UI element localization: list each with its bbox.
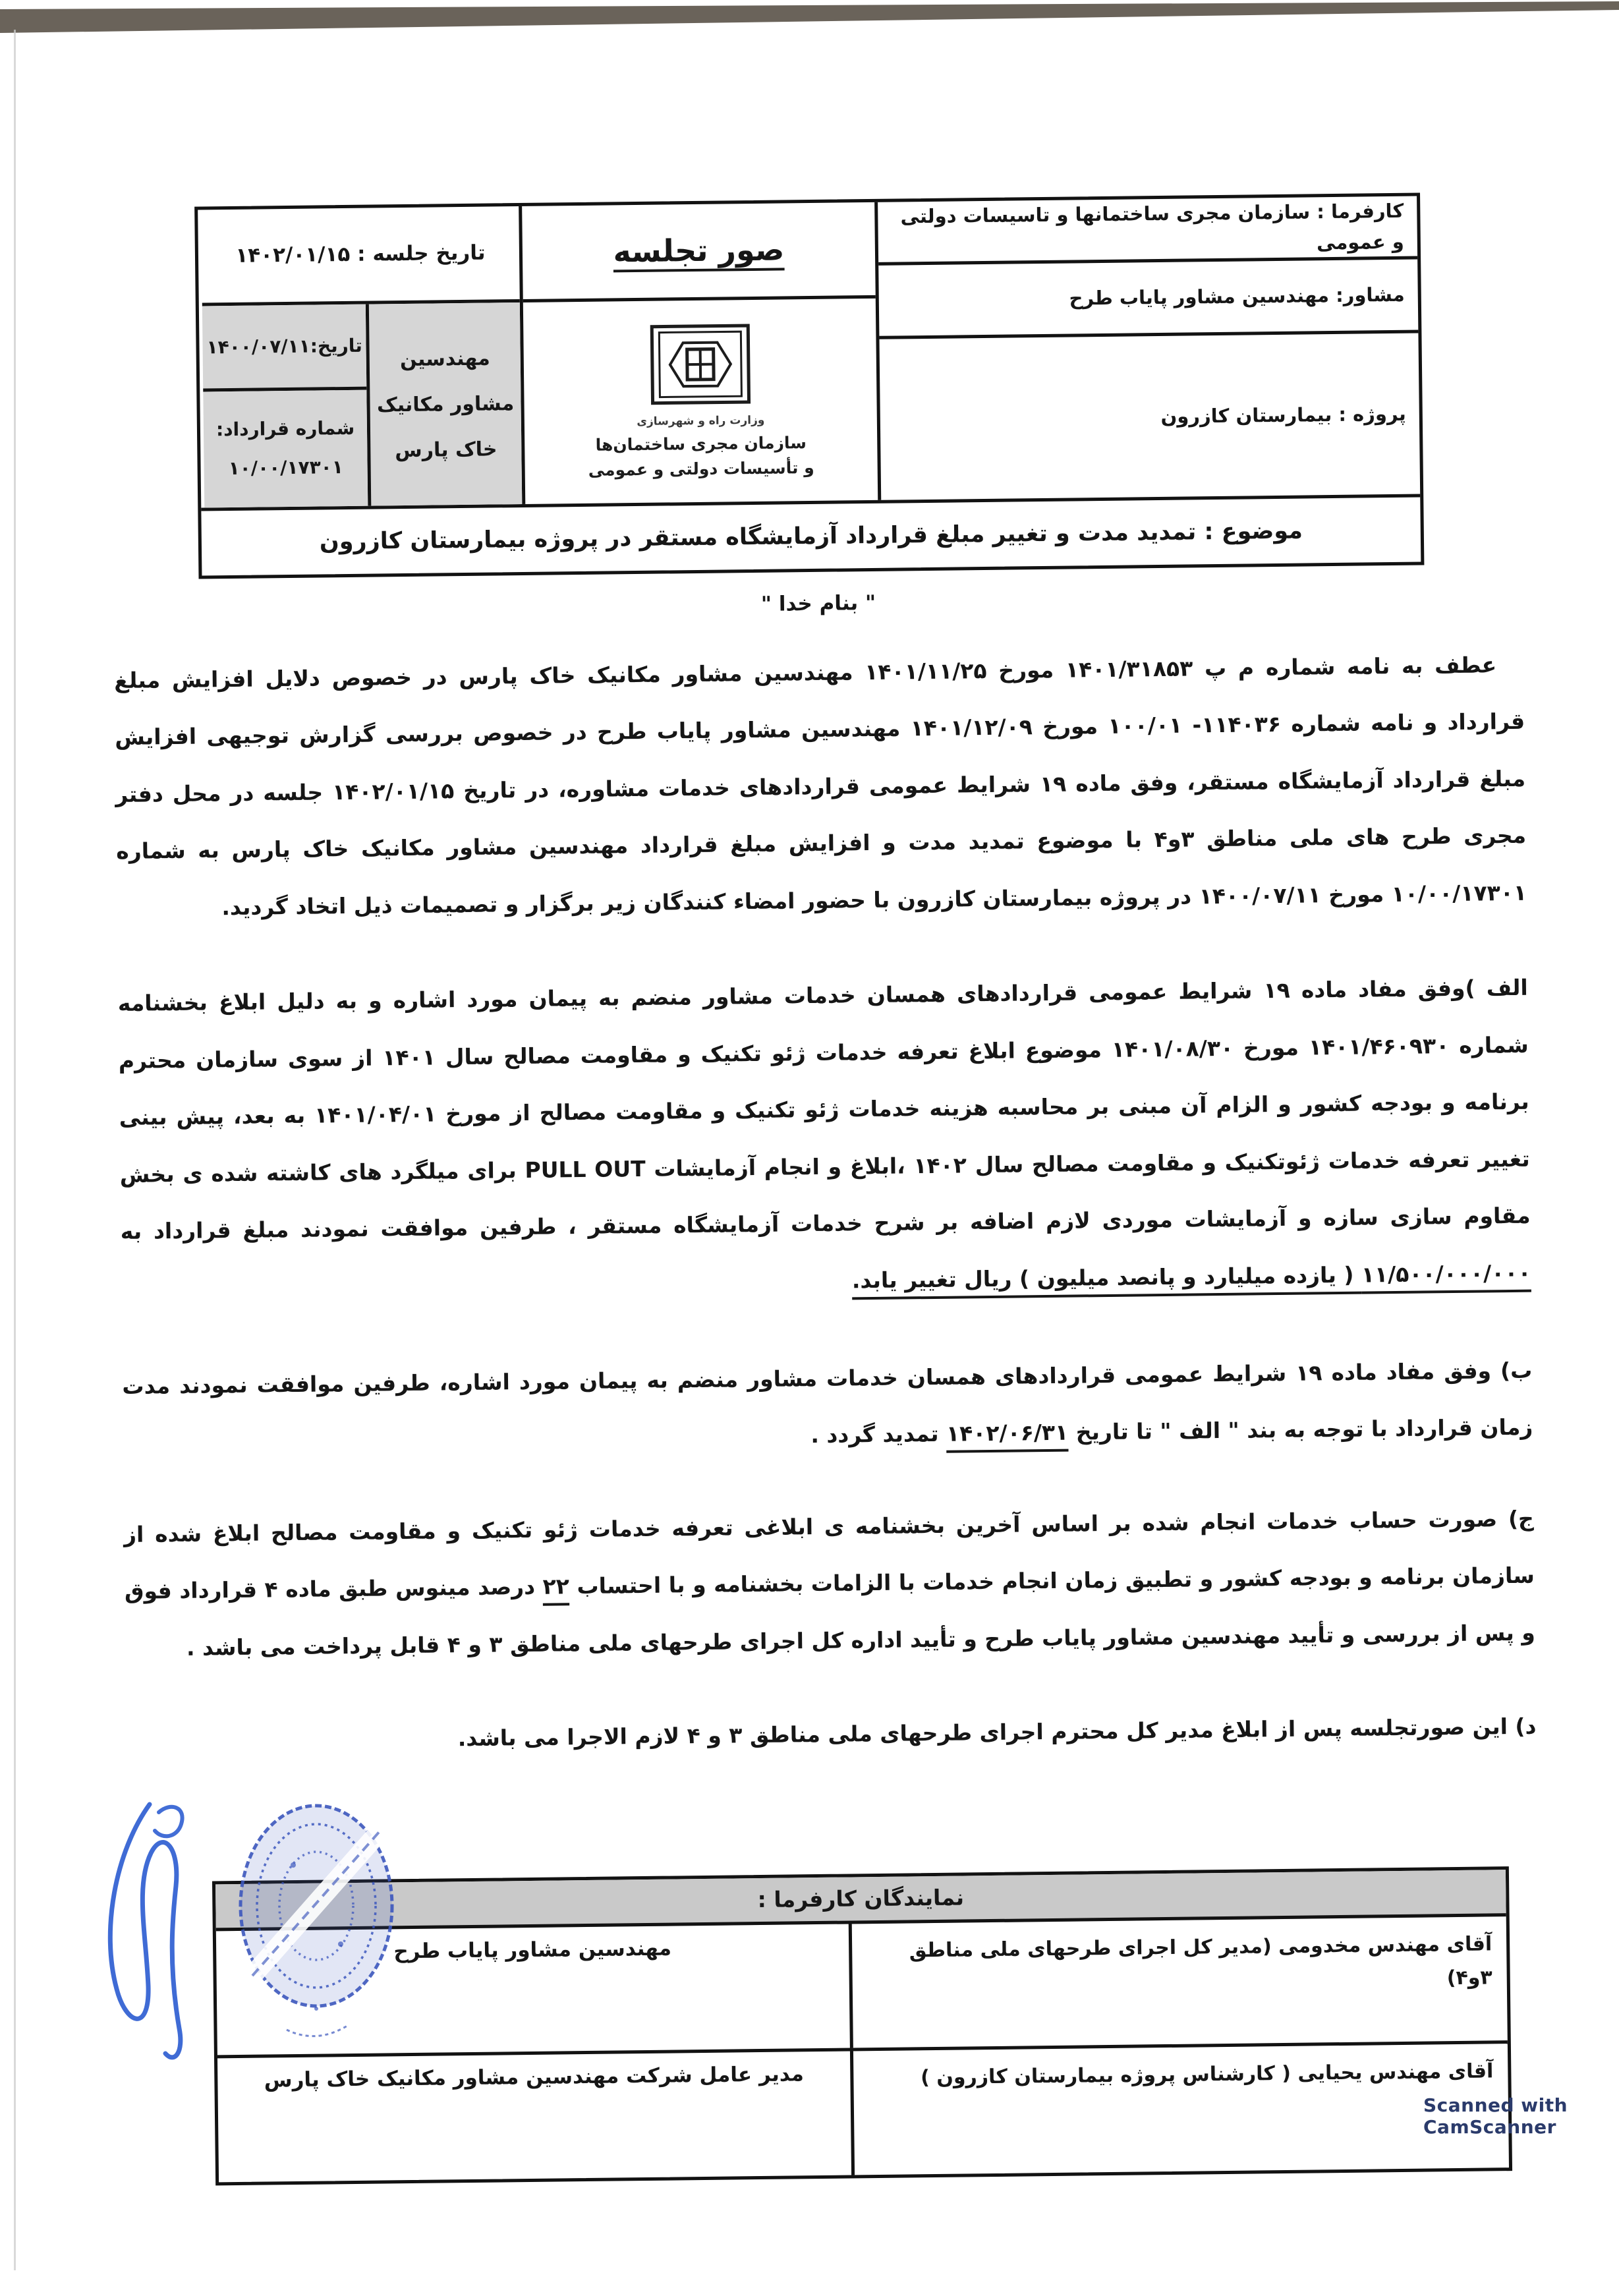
consultant-label: مشاور: مهندسین مشاور پایاب طرح — [1069, 279, 1405, 314]
client-cell: کارفرما : سازمان مجری ساختمانها و تاسیسا… — [878, 196, 1417, 266]
contractor-name: مهندسین مشاور مکانیک خاک پارس — [376, 335, 515, 473]
scan-top-edge-artifact — [0, 0, 1619, 40]
scan-left-edge-line — [14, 30, 16, 2270]
subject-row: موضوع : تمدید مدت و تغییر مبلغ قرارداد آ… — [201, 494, 1421, 576]
camscanner-credit: Scanned with CamScanner — [1423, 2094, 1619, 2138]
signature-scribble — [110, 1804, 182, 2057]
bismillah-line: " بنام خدا " — [113, 584, 1523, 623]
contractor-name-cell: مهندسین مشاور مکانیک خاک پارس — [366, 302, 522, 506]
meeting-date: تاریخ جلسه : ۱۴۰۲/۰۱/۱۵ — [235, 237, 486, 272]
header-col-title-logo: صور تجلسه وزارت راه و شهرسازی سازمان م — [519, 202, 878, 504]
company-stamp-and-signature — [76, 1766, 471, 2082]
clause-b-paragraph: ب) وفق مفاد ماده ۱۹ شرایط عمومی قرارداده… — [122, 1342, 1533, 1472]
signatures-header-label: نمایندگان کارفرما : — [757, 1885, 964, 1913]
intro-paragraph: عطف به نامه شماره م پ ۱۴۰۱/۳۱۸۵۳ مورخ ۱۴… — [114, 637, 1527, 938]
clause-a-text: الف )وفق مفاد ماده ۱۹ شرایط عمومی قراردا… — [118, 975, 1531, 1244]
clause-d-paragraph: د) این صورتجلسه پس از ابلاغ مدیر کل محتر… — [126, 1698, 1537, 1771]
header-table: کارفرما : سازمان مجری ساختمانها و تاسیسا… — [194, 192, 1424, 579]
organization-logo-cell: وزارت راه و شهرسازی سازمان مجری ساختمان‌… — [523, 299, 878, 504]
header-col-dates: تاریخ جلسه : ۱۴۰۲/۰۱/۱۵ مهندسین مشاور مک… — [201, 206, 522, 507]
minutes-title: صور تجلسه — [613, 225, 785, 276]
logo-org-line1: سازمان مجری ساختمان‌ها — [595, 432, 807, 456]
contract-date: تاریخ:۱۴۰۰/۰۷/۱۱ — [206, 335, 362, 359]
clause-a-paragraph: الف )وفق مفاد ماده ۱۹ شرایط عمومی قراردا… — [117, 960, 1531, 1317]
company-stamp-icon — [241, 1806, 392, 2036]
contract-number: شماره قرارداد: ۱۰/۰۰/۱۷۳۰۱ — [209, 409, 363, 488]
project-label: پروژه : بیمارستان کازرون — [1160, 399, 1406, 432]
scanned-document-page: کارفرما : سازمان مجری ساختمانها و تاسیسا… — [0, 0, 1619, 2296]
clause-b-tail: تمدید گردد . — [810, 1421, 946, 1448]
contract-date-cell: تاریخ:۱۴۰۰/۰۷/۱۱ — [202, 304, 367, 392]
clause-c-paragraph: ج) صورت حساب خدمات انجام شده بر اساس آخر… — [123, 1491, 1535, 1678]
subject-text: موضوع : تمدید مدت و تغییر مبلغ قرارداد آ… — [320, 518, 1303, 556]
client-label: کارفرما : سازمان مجری ساختمانها و تاسیسا… — [891, 196, 1404, 263]
contract-info-grid: مهندسین مشاور مکانیک خاک پارس تاریخ:۱۴۰۰… — [202, 302, 522, 507]
minutes-title-cell: صور تجلسه — [522, 202, 876, 302]
clause-a-amount: ۱۱/۵۰۰/۰۰۰/۰۰۰ ( یازده میلیارد و پانصد م… — [852, 1259, 1531, 1293]
representative-cell: آقای مهندس مخدومی (مدیر کل اجرای طرحهای … — [849, 1916, 1508, 2048]
project-cell: پروژه : بیمارستان کازرون — [879, 333, 1420, 500]
clause-c-percent: ۲۲ — [542, 1574, 569, 1599]
clause-b-date: ۱۴۰۲/۰۶/۳۱ — [946, 1420, 1069, 1447]
header-col-parties: کارفرما : سازمان مجری ساختمانها و تاسیسا… — [874, 196, 1420, 500]
organization-logo-icon — [648, 322, 752, 407]
logo-org-line2: و تأسیسات دولتی و عمومی — [588, 457, 814, 482]
logo-ministry-line: وزارت راه و شهرسازی — [637, 411, 764, 430]
consultant-cell: مشاور: مهندسین مشاور پایاب طرح — [878, 260, 1418, 339]
meeting-date-cell: تاریخ جلسه : ۱۴۰۲/۰۱/۱۵ — [201, 206, 520, 306]
representative-cell: آقای مهندس یحیایی ( کارشناس پروژه بیمارس… — [850, 2044, 1509, 2175]
contract-number-cell: شماره قرارداد: ۱۰/۰۰/۱۷۳۰۱ — [203, 390, 368, 508]
